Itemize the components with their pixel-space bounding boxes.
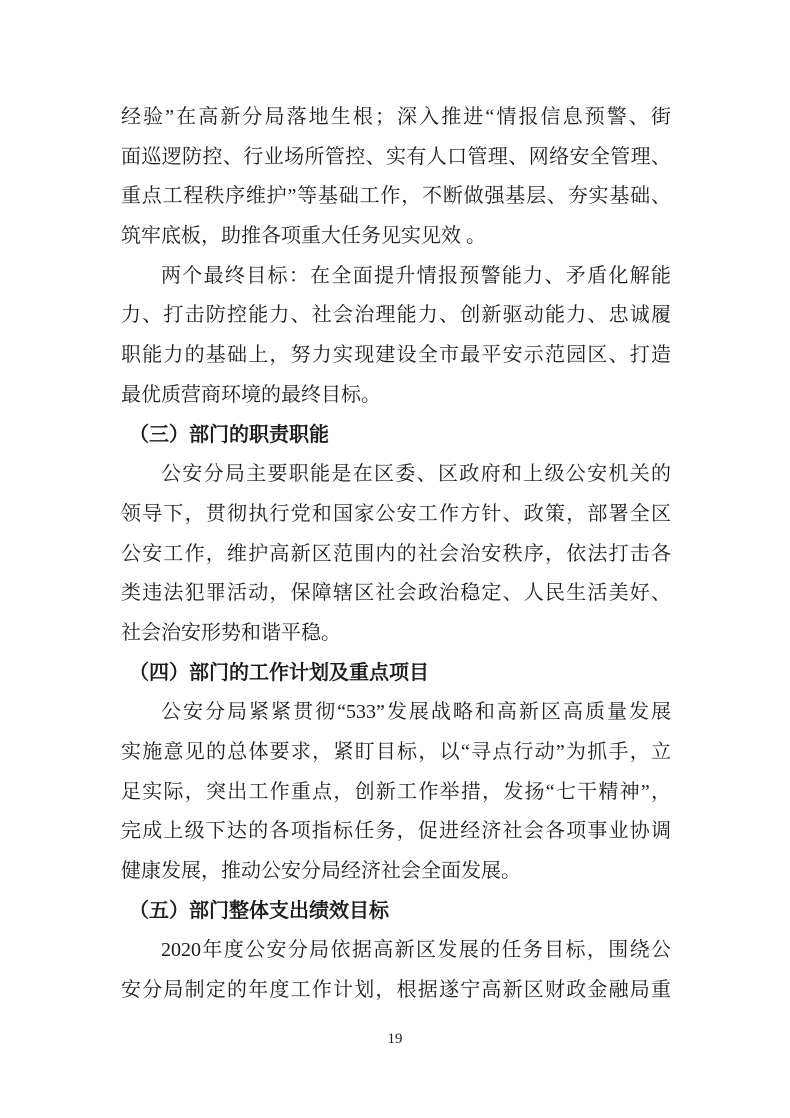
text-line: 面巡逻防控、行业场所管控、实有人口管理、网络安全管理、 xyxy=(121,138,671,178)
section-heading-4: （四）部门的工作计划及重点项目 xyxy=(121,654,671,694)
text-line: 公安分局紧紧贯彻“533”发展战略和高新区高质量发展 xyxy=(121,693,671,733)
text-line: 2020年度公安分局依据高新区发展的任务目标，围绕公 xyxy=(121,931,671,971)
section-heading-3: （三）部门的职责职能 xyxy=(121,416,671,456)
text-line: 力、打击防控能力、社会治理能力、创新驱动能力、忠诚履 xyxy=(121,296,671,336)
text-line: 重点工程秩序维护”等基础工作，不断做强基层、夯实基础、 xyxy=(121,177,671,217)
text-line: 社会治安形势和谐平稳。 xyxy=(121,614,671,654)
text-line: 完成上级下达的各项指标任务，促进经济社会各项事业协调 xyxy=(121,812,671,852)
text-line: 职能力的基础上，努力实现建设全市最平安示范园区、打造 xyxy=(121,336,671,376)
text-line: 经验”在高新分局落地生根；深入推进“情报信息预警、街 xyxy=(121,98,671,138)
text-line: 健康发展，推动公安分局经济社会全面发展。 xyxy=(121,852,671,892)
text-line: 筑牢底板，助推各项重大任务见实见效 。 xyxy=(121,217,671,257)
page-number: 19 xyxy=(0,1031,790,1048)
text-line: 领导下，贯彻执行党和国家公安工作方针、政策，部署全区 xyxy=(121,495,671,535)
text-line: 两个最终目标：在全面提升情报预警能力、矛盾化解能 xyxy=(121,257,671,297)
document-body: 经验”在高新分局落地生根；深入推进“情报信息预警、街 面巡逻防控、行业场所管控、… xyxy=(121,98,671,1011)
section-heading-5: （五）部门整体支出绩效目标 xyxy=(121,892,671,932)
text-line: 安分局制定的年度工作计划，根据遂宁高新区财政金融局重 xyxy=(121,971,671,1011)
text-line: 公安工作，维护高新区范围内的社会治安秩序，依法打击各 xyxy=(121,535,671,575)
document-page: 经验”在高新分局落地生根；深入推进“情报信息预警、街 面巡逻防控、行业场所管控、… xyxy=(0,0,790,1118)
text-line: 足实际，突出工作重点，创新工作举措，发扬“七干精神”， xyxy=(121,773,671,813)
text-line: 类违法犯罪活动，保障辖区社会政治稳定、人民生活美好、 xyxy=(121,574,671,614)
text-line: 实施意见的总体要求，紧盯目标，以“寻点行动”为抓手，立 xyxy=(121,733,671,773)
text-line: 最优质营商环境的最终目标。 xyxy=(121,376,671,416)
text-line: 公安分局主要职能是在区委、区政府和上级公安机关的 xyxy=(121,455,671,495)
